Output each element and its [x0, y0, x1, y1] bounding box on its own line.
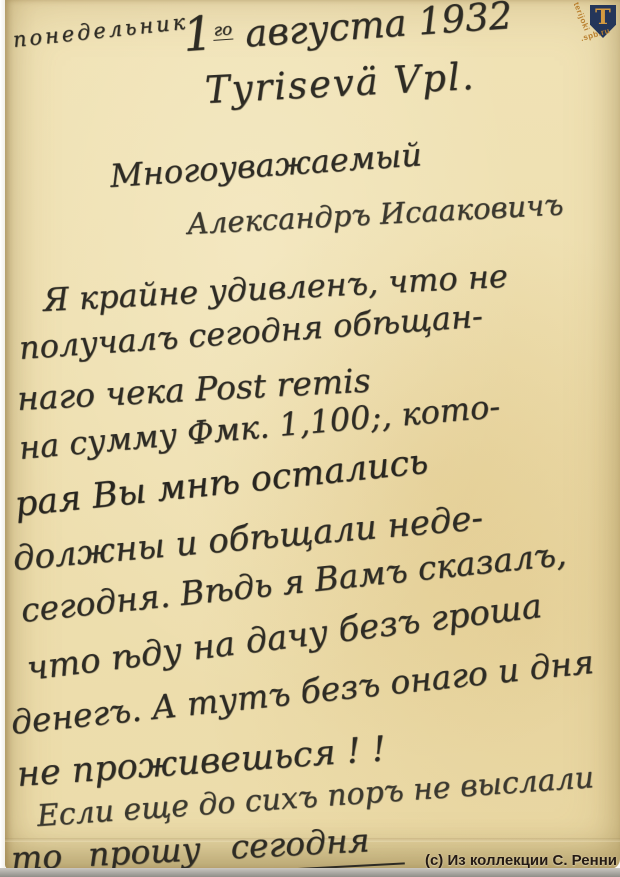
letter-paper: понедельник 1го августа 1932 Tyrisevä Vp… [5, 0, 620, 869]
closing-gap [201, 859, 227, 860]
salutation-line-2: Александръ Исааковичъ [186, 190, 564, 239]
scanned-letter: понедельник 1го августа 1932 Tyrisevä Vp… [0, 0, 620, 877]
scan-edge-bottom [0, 868, 620, 877]
date-line: 1го августа 1932 [181, 0, 513, 59]
weekday-text: понедельник [12, 12, 189, 51]
date-ordinal: го [212, 19, 234, 40]
date-day: 1 [181, 6, 215, 63]
collection-credit: (с) Из коллекции С. Ренни [425, 852, 617, 869]
closing-word-underlined: прошу [87, 829, 202, 869]
closing-word-underlined: сегодня [226, 818, 405, 869]
date-rest: августа 1932 [232, 0, 514, 56]
place-line: Tyrisevä Vpl. [204, 58, 476, 109]
watermark-initial: T [595, 5, 611, 28]
closing-word: то [10, 836, 63, 869]
terijoki-watermark-logo: terijoki T .spb.ru [579, 2, 619, 46]
salutation-line-1: Многоуважаемый [109, 138, 423, 192]
watermark-site-text: terijoki [572, 1, 592, 32]
